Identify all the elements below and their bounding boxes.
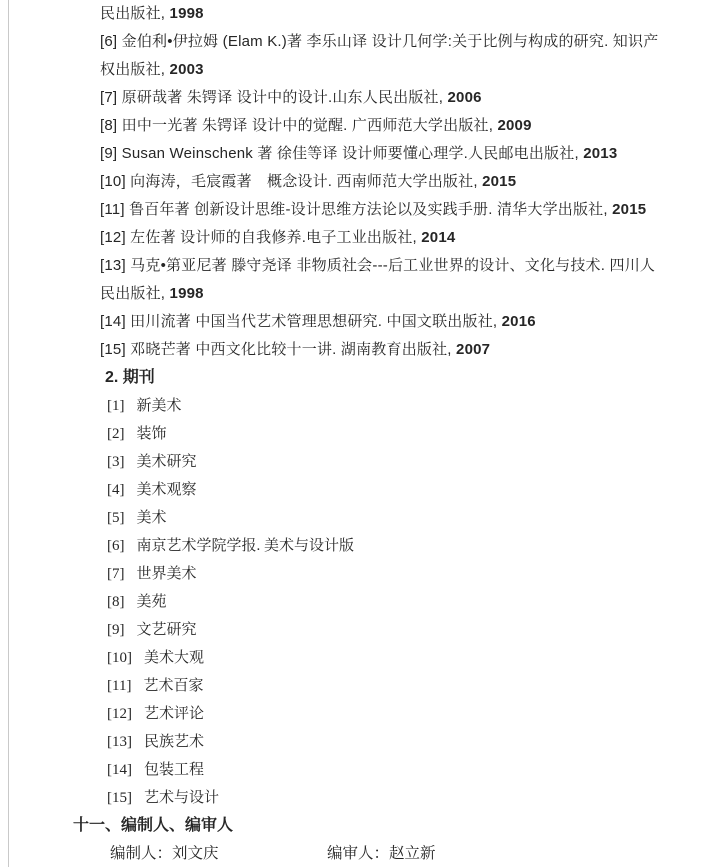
document-content: 民出版社, 1998[6] 金伯利•伊拉姆 (Elam K.)著 李乐山译 设计… (100, 0, 675, 867)
journal-item-title: 美术观察 (137, 482, 197, 498)
journal-list-item: [14]包装工程 (100, 756, 675, 784)
journal-item-title: 包装工程 (144, 762, 204, 778)
journal-item-index: [12] (107, 700, 132, 728)
journal-item-index: [5] (107, 504, 125, 532)
journal-item-title: 南京艺术学院学报. 美术与设计版 (137, 538, 355, 554)
journal-item-title: 艺术百家 (143, 678, 203, 694)
journal-list-item: [11]艺术百家 (100, 672, 675, 700)
publication-year: 2014 (421, 229, 455, 246)
journal-item-title: 美术 (137, 510, 167, 526)
journal-list: [1]新美术[2]装饰[3]美术研究[4]美术观察[5]美术[6]南京艺术学院学… (100, 392, 675, 812)
book-reference-line: 权出版社, 2003 (100, 56, 675, 84)
journal-item-title: 艺术与设计 (144, 790, 219, 806)
book-reference-line: [11] 鲁百年著 创新设计思维-设计思维方法论以及实践手册. 清华大学出版社,… (100, 196, 675, 224)
journal-list-item: [10]美术大观 (100, 644, 675, 672)
journal-item-title: 美术大观 (144, 650, 204, 666)
journal-item-index: [8] (107, 588, 125, 616)
publication-year: 2015 (612, 201, 646, 218)
journal-item-title: 艺术评论 (144, 706, 204, 722)
journal-item-index: [14] (107, 756, 132, 784)
compiler-group: 编制人：刘文庆 (110, 840, 327, 867)
publication-year: 2003 (170, 61, 204, 78)
journal-list-item: [15]艺术与设计 (100, 784, 675, 812)
page-left-edge (8, 0, 9, 867)
journal-item-index: [9] (107, 616, 125, 644)
journal-list-item: [13]民族艺术 (100, 728, 675, 756)
book-reference-line: [13] 马克•第亚尼著 滕守尧译 非物质社会---后工业世界的设计、文化与技术… (100, 252, 675, 280)
publication-year: 2009 (497, 117, 531, 134)
journal-item-index: [4] (107, 476, 125, 504)
journal-item-index: [2] (107, 420, 125, 448)
book-reference-line: 民出版社, 1998 (100, 280, 675, 308)
journal-item-title: 新美术 (137, 398, 182, 414)
reviewer-group: 编审人：赵立新 (327, 840, 436, 867)
book-reference-list: 民出版社, 1998[6] 金伯利•伊拉姆 (Elam K.)著 李乐山译 设计… (100, 0, 675, 364)
book-reference-line: [12] 左佐著 设计师的自我修养.电子工业出版社, 2014 (100, 224, 675, 252)
journal-item-index: [15] (107, 784, 132, 812)
book-reference-line: [7] 原研哉著 朱锷译 设计中的设计.山东人民出版社, 2006 (100, 84, 675, 112)
book-reference-line: [10] 向海涛，毛宸霞著 概念设计. 西南师范大学出版社, 2015 (100, 168, 675, 196)
journal-item-title: 美术研究 (137, 454, 197, 470)
publication-year: 2016 (502, 313, 536, 330)
book-reference-line: [8] 田中一光著 朱锷译 设计中的觉醒. 广西师范大学出版社, 2009 (100, 112, 675, 140)
reviewer-name: 赵立新 (389, 845, 436, 862)
compiler-name: 刘文庆 (172, 845, 219, 862)
journal-item-title: 美苑 (137, 594, 167, 610)
journal-item-index: [3] (107, 448, 125, 476)
journal-list-item: [5]美术 (100, 504, 675, 532)
book-reference-line: [6] 金伯利•伊拉姆 (Elam K.)著 李乐山译 设计几何学:关于比例与构… (100, 28, 675, 56)
journal-list-item: [1]新美术 (100, 392, 675, 420)
journal-item-title: 文艺研究 (137, 622, 197, 638)
journal-list-item: [8]美苑 (100, 588, 675, 616)
journal-item-index: [13] (107, 728, 132, 756)
book-reference-line: 民出版社, 1998 (100, 0, 675, 28)
journals-section-heading: 2. 期刊 (100, 364, 675, 392)
journal-item-index: [11] (107, 672, 131, 700)
journal-item-index: [1] (107, 392, 125, 420)
journal-list-item: [4]美术观察 (100, 476, 675, 504)
book-reference-line: [14] 田川流著 中国当代艺术管理思想研究. 中国文联出版社, 2016 (100, 308, 675, 336)
publication-year: 1998 (170, 285, 204, 302)
journal-list-item: [3]美术研究 (100, 448, 675, 476)
journal-list-item: [7]世界美术 (100, 560, 675, 588)
journal-item-title: 装饰 (137, 426, 167, 442)
publication-year: 2013 (583, 145, 617, 162)
compiler-label: 编制人： (110, 845, 172, 862)
reviewer-label: 编审人： (327, 845, 389, 862)
editors-section-heading: 十一、编制人、编审人 (73, 812, 675, 840)
journal-item-title: 世界美术 (137, 566, 197, 582)
publication-year: 2006 (447, 89, 481, 106)
document-page: 民出版社, 1998[6] 金伯利•伊拉姆 (Elam K.)著 李乐山译 设计… (0, 0, 715, 867)
editors-line: 编制人：刘文庆编审人：赵立新 (100, 840, 675, 867)
book-reference-line: [9] Susan Weinschenk 著 徐佳等译 设计师要懂心理学.人民邮… (100, 140, 675, 168)
journal-list-item: [6]南京艺术学院学报. 美术与设计版 (100, 532, 675, 560)
journal-item-index: [7] (107, 560, 125, 588)
book-reference-line: [15] 邓晓芒著 中西文化比较十一讲. 湖南教育出版社, 2007 (100, 336, 675, 364)
publication-year: 2015 (482, 173, 516, 190)
journal-item-index: [6] (107, 532, 125, 560)
publication-year: 2007 (456, 341, 490, 358)
journal-list-item: [12]艺术评论 (100, 700, 675, 728)
journal-item-index: [10] (107, 644, 132, 672)
publication-year: 1998 (170, 5, 204, 22)
journal-list-item: [2]装饰 (100, 420, 675, 448)
journal-list-item: [9]文艺研究 (100, 616, 675, 644)
journal-item-title: 民族艺术 (144, 734, 204, 750)
